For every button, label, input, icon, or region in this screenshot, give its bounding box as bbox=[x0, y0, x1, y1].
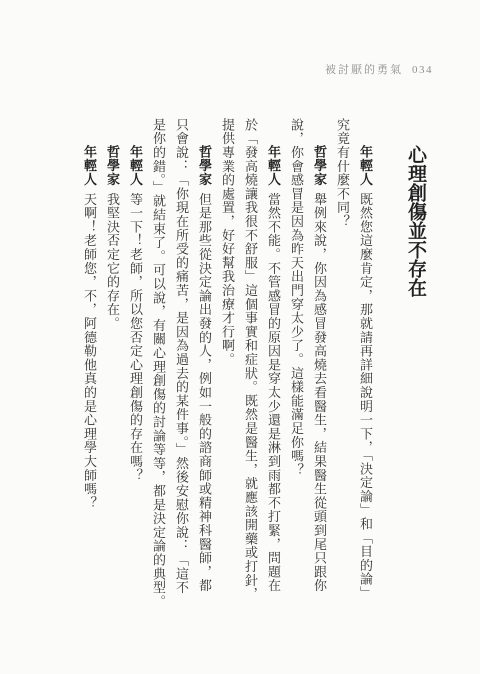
dialogue-text-line: 說，你會感冒是因為昨天出門穿太少了。這樣能滿足你嗎？ bbox=[289, 118, 304, 477]
running-header: 被討厭的勇氣034 bbox=[325, 61, 433, 77]
dialogue-column: 哲學家舉例來說，你因為感冒發高燒去看醫生，結果醫生從頭到尾只跟你 bbox=[303, 118, 326, 604]
dialogue-text-line: 天啊！老師您，不，阿德勒他真的是心理學大師嗎？ bbox=[82, 192, 97, 509]
dialogue-column: 哲學家我堅決否定它的存在。 bbox=[96, 118, 119, 604]
dialogue-text-line: 等一下！老師，所以您否定心理創傷的存在嗎？ bbox=[128, 192, 143, 482]
dialogue-text-line: 舉例來說，你因為感冒發高燒去看醫生，結果醫生從頭到尾只跟你 bbox=[312, 192, 327, 592]
speaker-label: 年輕人 bbox=[128, 145, 143, 186]
dialogue-text-line: 當然不能。不管感冒的原因是穿太少還是淋到雨都不打緊，問題在 bbox=[266, 192, 281, 592]
dialogue-column: 哲學家但是那些從決定論出發的人，例如一般的諮商師或精神科醫師，都 bbox=[188, 118, 211, 604]
dialogue-text-line: 於「發高燒讓我很不舒服」這個事實和症狀。既然是醫生，就應該開藥或打針， bbox=[243, 118, 258, 601]
speaker-label: 哲學家 bbox=[105, 145, 120, 186]
dialogue-text-line: 但是那些從決定論出發的人，例如一般的諮商師或精神科醫師，都 bbox=[197, 192, 212, 592]
chapter-title: 心理創傷並不存在 bbox=[404, 145, 425, 297]
speaker-label: 年輕人 bbox=[82, 145, 97, 186]
dialogue-column: 年輕人既然您這麼肯定，那就請再詳細說明一下，「決定論」和「目的論」 bbox=[349, 118, 372, 604]
speaker-label: 年輕人 bbox=[358, 145, 373, 186]
dialogue-text-line: 只會說：「你現在所受的痛苦，是因為過去的某件事。」然後安慰你說：「這不 bbox=[174, 118, 189, 595]
running-header-book-title: 被討厭的勇氣 bbox=[325, 64, 403, 76]
dialogue-column: 年輕人天啊！老師您，不，阿德勒他真的是心理學大師嗎？ bbox=[73, 118, 96, 604]
dialogue-column: 年輕人等一下！老師，所以您否定心理創傷的存在嗎？ bbox=[119, 118, 142, 604]
dialogue-column: 是你的錯。」就結束了。可以說，有關心理創傷的討論等等，都是決定論的典型。 bbox=[142, 118, 165, 604]
dialogue-text-line: 是你的錯。」就結束了。可以說，有關心理創傷的討論等等，都是決定論的典型。 bbox=[151, 118, 166, 608]
page-number: 034 bbox=[412, 64, 433, 76]
dialogue-body: 年輕人既然您這麼肯定，那就請再詳細說明一下，「決定論」和「目的論」究竟有什麼不同… bbox=[73, 118, 372, 604]
dialogue-column: 究竟有什麼不同？ bbox=[326, 118, 349, 604]
dialogue-text-line: 我堅決否定它的存在。 bbox=[105, 192, 120, 330]
dialogue-column: 於「發高燒讓我很不舒服」這個事實和症狀。既然是醫生，就應該開藥或打針， bbox=[234, 118, 257, 604]
speaker-label: 哲學家 bbox=[312, 145, 327, 186]
speaker-label: 哲學家 bbox=[197, 145, 212, 186]
speaker-label: 年輕人 bbox=[266, 145, 281, 186]
dialogue-text-line: 既然您這麼肯定，那就請再詳細說明一下，「決定論」和「目的論」 bbox=[358, 192, 373, 600]
dialogue-column: 提供專業的處置，好好幫我治療才行啊。 bbox=[211, 118, 234, 604]
book-page: 被討厭的勇氣034 心理創傷並不存在 年輕人既然您這麼肯定，那就請再詳細說明一下… bbox=[0, 0, 480, 674]
dialogue-text-line: 究竟有什麼不同？ bbox=[335, 118, 350, 228]
dialogue-column: 只會說：「你現在所受的痛苦，是因為過去的某件事。」然後安慰你說：「這不 bbox=[165, 118, 188, 604]
dialogue-column: 說，你會感冒是因為昨天出門穿太少了。這樣能滿足你嗎？ bbox=[280, 118, 303, 604]
dialogue-column: 年輕人當然不能。不管感冒的原因是穿太少還是淋到雨都不打緊，問題在 bbox=[257, 118, 280, 604]
dialogue-text-line: 提供專業的處置，好好幫我治療才行啊。 bbox=[220, 118, 235, 366]
